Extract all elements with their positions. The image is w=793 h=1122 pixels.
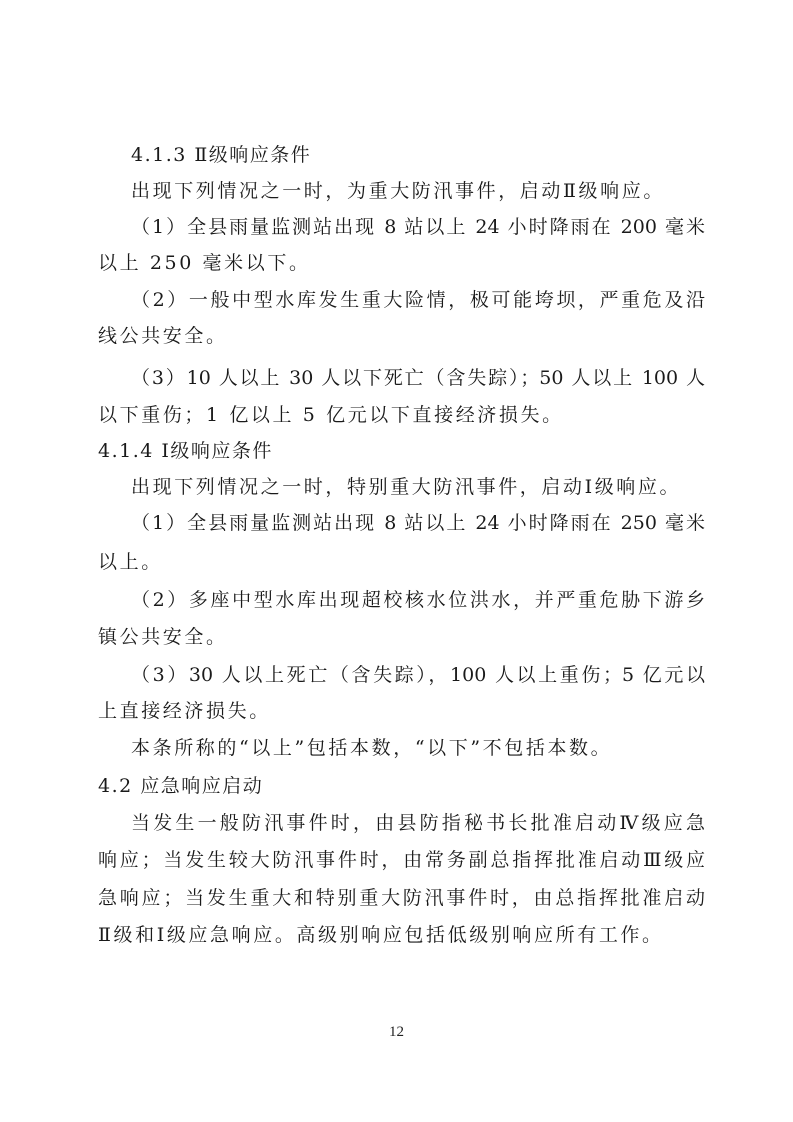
- paragraph-line: （1）全县雨量监测站出现 8 站以上 24 小时降雨在 250 毫米: [131, 511, 705, 535]
- paragraph-line: 镇公共安全。: [98, 625, 705, 649]
- paragraph-line: （2）一般中型水库发生重大险情，极可能垮坝，严重危及沿: [131, 288, 705, 312]
- paragraph-line: Ⅱ级和Ⅰ级应急响应。高级别响应包括低级别响应所有工作。: [98, 923, 705, 947]
- paragraph-line: 以上。: [98, 550, 705, 574]
- paragraph-line: 线公共安全。: [98, 324, 705, 348]
- page-number: 12: [0, 1024, 793, 1041]
- section-heading-4-1-3: 4.1.3 Ⅱ级响应条件: [131, 143, 705, 167]
- paragraph-line: 急响应；当发生重大和特别重大防汛事件时，由总指挥批准启动: [98, 886, 705, 910]
- paragraph-line: 出现下列情况之一时，为重大防汛事件，启动Ⅱ级响应。: [131, 179, 705, 203]
- paragraph-line: 以上 250 毫米以下。: [98, 251, 705, 275]
- paragraph-line: 出现下列情况之一时，特别重大防汛事件，启动Ⅰ级响应。: [131, 475, 705, 499]
- paragraph-line: 本条所称的“以上”包括本数，“以下”不包括本数。: [131, 736, 705, 760]
- paragraph-line: 响应；当发生较大防汛事件时，由常务副总指挥批准启动Ⅲ级应: [98, 848, 705, 872]
- paragraph-line: （1）全县雨量监测站出现 8 站以上 24 小时降雨在 200 毫米: [131, 215, 705, 239]
- paragraph-line: （3）10 人以上 30 人以下死亡（含失踪）；50 人以上 100 人: [131, 366, 705, 390]
- paragraph-line: 以下重伤；1 亿以上 5 亿元以下直接经济损失。: [98, 403, 705, 427]
- document-page: 4.1.3 Ⅱ级响应条件 出现下列情况之一时，为重大防汛事件，启动Ⅱ级响应。 （…: [0, 0, 793, 1122]
- section-heading-4-2: 4.2 应急响应启动: [98, 774, 705, 798]
- section-heading-4-1-4: 4.1.4 Ⅰ级响应条件: [98, 439, 705, 463]
- paragraph-line: 上直接经济损失。: [98, 699, 705, 723]
- paragraph-line: 当发生一般防汛事件时，由县防指秘书长批准启动Ⅳ级应急: [131, 811, 705, 835]
- paragraph-line: （2）多座中型水库出现超校核水位洪水，并严重危胁下游乡: [131, 588, 705, 612]
- paragraph-line: （3）30 人以上死亡（含失踪），100 人以上重伤；5 亿元以: [131, 663, 705, 687]
